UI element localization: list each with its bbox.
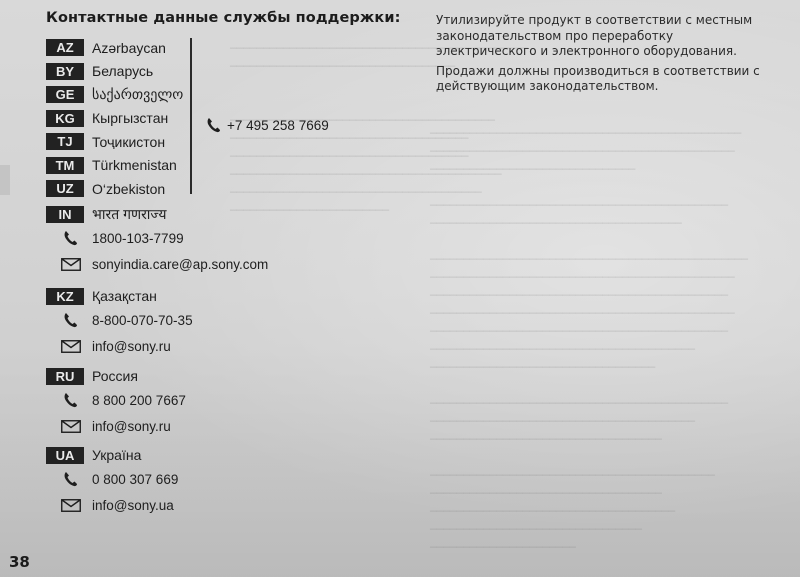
country-header: INभारत गणराज्य (46, 203, 268, 225)
email-line: info@sony.ua (46, 492, 178, 518)
phone-icon (64, 312, 78, 328)
email-address: info@sony.ru (92, 419, 171, 434)
country-name: Тоҷикистон (92, 134, 165, 150)
email-address: info@sony.ru (92, 339, 171, 354)
phone-icon (64, 471, 78, 487)
country-code-badge: RU (46, 368, 84, 385)
cis-country-row: UZO‘zbekiston (46, 177, 183, 201)
country-code-badge: UA (46, 447, 84, 464)
disposal-notice: Утилизируйте продукт в соответствии с ме… (436, 13, 776, 99)
envelope-icon-wrap (60, 499, 82, 512)
cis-country-row: BYБеларусь (46, 60, 183, 84)
country-name: საქართველო (92, 86, 183, 103)
country-name: Беларусь (92, 63, 153, 79)
country-code-badge: TJ (46, 133, 84, 150)
cis-country-row: GEსაქართველო (46, 83, 183, 107)
envelope-icon-wrap (60, 420, 82, 433)
country-code-badge: UZ (46, 180, 84, 197)
email-line: info@sony.ru (46, 333, 193, 359)
cis-country-row: KGКыргызстан (46, 107, 183, 131)
country-code-badge: BY (46, 63, 84, 80)
cis-country-row: AZAzərbaycan (46, 36, 183, 60)
envelope-icon (61, 499, 81, 512)
country-code-badge: IN (46, 206, 84, 223)
phone-icon-wrap (60, 312, 82, 328)
country-header: KZҚазақстан (46, 285, 193, 307)
email-address: info@sony.ua (92, 498, 174, 513)
cis-country-row: TMTürkmenistan (46, 154, 183, 178)
email-address: sonyindia.care@ap.sony.com (92, 257, 268, 272)
phone-number: 8 800 200 7667 (92, 393, 186, 408)
email-line: info@sony.ru (46, 413, 186, 439)
country-code-badge: GE (46, 86, 84, 103)
country-contact-ru: RUРоссия8 800 200 7667info@sony.ru (46, 365, 186, 439)
country-contact-ua: UAУкраїна0 800 307 669info@sony.ua (46, 444, 178, 518)
envelope-icon-wrap (60, 258, 82, 271)
country-name: O‘zbekiston (92, 181, 165, 197)
country-name: Кыргызстан (92, 110, 168, 126)
cis-country-row: TJТоҷикистон (46, 130, 183, 154)
bracket-divider (190, 38, 192, 194)
country-name: Azərbaycan (92, 40, 166, 56)
cis-phone: +7 495 258 7669 (207, 117, 329, 133)
page-edge (0, 165, 10, 195)
envelope-icon (61, 340, 81, 353)
phone-line: 1800-103-7799 (46, 225, 268, 251)
phone-icon (207, 117, 221, 133)
country-name: Россия (92, 368, 138, 384)
phone-icon-wrap (60, 471, 82, 487)
country-contact-kz: KZҚазақстан8-800-070-70-35info@sony.ru (46, 285, 193, 359)
phone-icon-wrap (60, 392, 82, 408)
country-contact-in: INभारत गणराज्य1800-103-7799sonyindia.car… (46, 203, 268, 277)
cis-country-list: AZAzərbaycanBYБеларусьGEსაქართველოKGКырг… (46, 36, 183, 201)
envelope-icon-wrap (60, 340, 82, 353)
page-number: 38 (9, 553, 30, 571)
sales-paragraph: Продажи должны производиться в соответст… (436, 64, 776, 95)
cis-phone-number: +7 495 258 7669 (227, 118, 329, 133)
email-line: sonyindia.care@ap.sony.com (46, 251, 268, 277)
phone-icon-wrap (60, 230, 82, 246)
phone-number: 1800-103-7799 (92, 231, 184, 246)
envelope-icon (61, 420, 81, 433)
country-code-badge: TM (46, 157, 84, 174)
page-title: Контактные данные службы поддержки: (46, 10, 401, 26)
country-name: भारत गणराज्य (92, 205, 167, 224)
country-code-badge: KG (46, 110, 84, 127)
phone-line: 0 800 307 669 (46, 466, 178, 492)
envelope-icon (61, 258, 81, 271)
country-name: Україна (92, 447, 141, 463)
show-through-text-right: ────────────────────────────────────────… (430, 125, 748, 557)
country-code-badge: AZ (46, 39, 84, 56)
phone-number: 8-800-070-70-35 (92, 313, 193, 328)
country-header: RUРоссия (46, 365, 186, 387)
phone-number: 0 800 307 669 (92, 472, 178, 487)
phone-line: 8-800-070-70-35 (46, 307, 193, 333)
disposal-paragraph: Утилизируйте продукт в соответствии с ме… (436, 13, 776, 60)
country-header: UAУкраїна (46, 444, 178, 466)
phone-icon (64, 392, 78, 408)
country-name: Қазақстан (92, 288, 157, 304)
phone-icon (64, 230, 78, 246)
country-name: Türkmenistan (92, 157, 177, 173)
phone-line: 8 800 200 7667 (46, 387, 186, 413)
country-code-badge: KZ (46, 288, 84, 305)
